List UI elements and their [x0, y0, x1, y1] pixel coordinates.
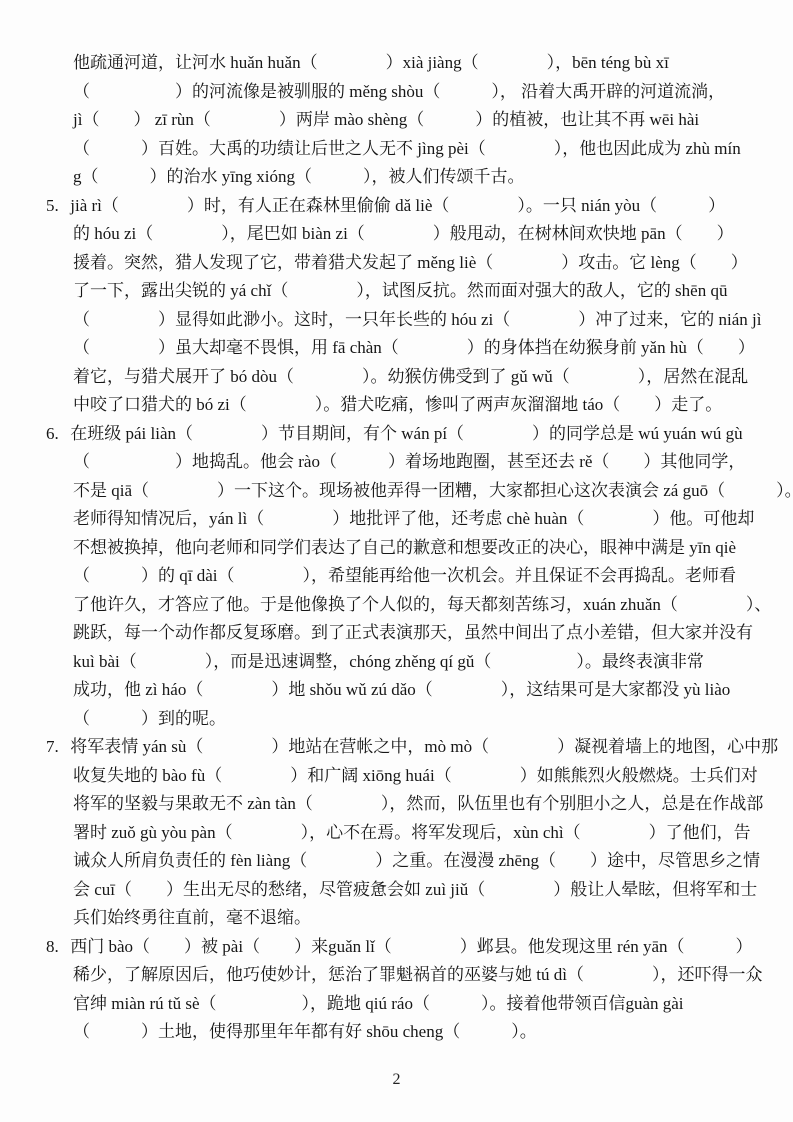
line-text: 在班级 pái liàn（ ）节目期间，有个 wán pí（ ）的同学总是 wú… — [66, 424, 743, 443]
text-line: 会 cuī（ ）生出无尽的愁绪，尽管疲惫会如 zuì jiǔ（ ）般让人晕眩，但… — [46, 876, 753, 905]
exercise-item: 8. 西门 bào（ ）被 pài（ ）来guǎn lǐ（ ）邺县。他发现这里 … — [46, 933, 753, 1047]
text-line: 着它，与猎犬展开了 bó dòu（ ）。幼猴仿佛受到了 gǔ wǔ（ ），居然在… — [46, 363, 753, 392]
text-line: 的 hóu zi（ ），尾巴如 biàn zi（ ）般甩动，在树林间欢快地 pā… — [46, 220, 753, 249]
exercise-item: 7. 将军表情 yán sù（ ）地站在营帐之中，mò mò（ ）凝视着墙上的地… — [46, 733, 753, 933]
item-number: 5. — [46, 192, 66, 221]
text-line: 6. 在班级 pái liàn（ ）节目期间，有个 wán pí（ ）的同学总是… — [46, 420, 753, 449]
text-line: jì（ ） zī rùn（ ）两岸 mào shèng（ ）的植被，也让其不再 … — [46, 106, 753, 135]
page-number: 2 — [0, 1066, 793, 1095]
text-line: 了他许久，才答应了他。于是他像换了个人似的，每天都刻苦练习，xuán zhuǎn… — [46, 591, 753, 620]
text-line: （ ）百姓。大禹的功绩让后世之人无不 jìng pèi（ ），他也因此成为 zh… — [46, 135, 753, 164]
worksheet-page: 他疏通河道，让河水 huǎn huǎn（ ）xià jiàng（ ），bēn t… — [0, 0, 793, 1122]
text-line: （ ）土地，使得那里年年都有好 shōu cheng（ ）。 — [46, 1018, 753, 1047]
text-line: 不是 qiā（ ）一下这个。现场被他弄得一团糟，大家都担心这次表演会 zá gu… — [46, 477, 753, 506]
text-line: 稀少，了解原因后，他巧使妙计，惩治了罪魁祸首的巫婆与她 tú dì（ ），还吓得… — [46, 961, 753, 990]
text-line: （ ）到的呢。 — [46, 705, 753, 734]
text-line: 了一下，露出尖锐的 yá chǐ（ ），试图反抗。然而面对强大的敌人，它的 sh… — [46, 277, 753, 306]
text-line: 兵们始终勇往直前，毫不退缩。 — [46, 904, 753, 933]
text-line: 署时 zuǒ gù yòu pàn（ ），心不在焉。将军发现后，xùn chì（… — [46, 819, 753, 848]
text-line: 收复失地的 bào fù（ ）和广阔 xiōng huái（ ）如熊熊烈火般燃烧… — [46, 762, 753, 791]
exercise-item: 5. jià rì（ ）时，有人正在森林里偷偷 dǎ liè（ ）。一只 niá… — [46, 192, 753, 420]
text-line: g（ ）的治水 yīng xióng（ ），被人们传颂千古。 — [46, 163, 753, 192]
item-number: 6. — [46, 420, 66, 449]
text-line: 官绅 miàn rú tǔ sè（ ），跪地 qiú ráo（ ）。接着他带领百… — [46, 990, 753, 1019]
text-line: 中咬了口猎犬的 bó zi（ ）。猎犬吃痛，惨叫了两声灰溜溜地 táo（ ）走了… — [46, 391, 753, 420]
text-line: 7. 将军表情 yán sù（ ）地站在营帐之中，mò mò（ ）凝视着墙上的地… — [46, 733, 753, 762]
text-line: kuì bài（ ），而是迅速调整，chóng zhěng qí gǔ（ ）。最… — [46, 648, 753, 677]
text-line: 成功，他 zì háo（ ）地 shǒu wǔ zú dǎo（ ），这结果可是大… — [46, 676, 753, 705]
text-line: 他疏通河道，让河水 huǎn huǎn（ ）xià jiàng（ ），bēn t… — [46, 49, 753, 78]
exercise-item: 6. 在班级 pái liàn（ ）节目期间，有个 wán pí（ ）的同学总是… — [46, 420, 753, 734]
text-line: （ ）显得如此渺小。这时，一只年长些的 hóu zi（ ）冲了过来，它的 niá… — [46, 306, 753, 335]
text-line: 5. jià rì（ ）时，有人正在森林里偷偷 dǎ liè（ ）。一只 niá… — [46, 192, 753, 221]
text-line: 跳跃，每一个动作都反复琢磨。到了正式表演那天，虽然中间出了点小差错，但大家并没有 — [46, 619, 753, 648]
line-text: jià rì（ ）时，有人正在森林里偷偷 dǎ liè（ ）。一只 nián y… — [66, 196, 725, 215]
text-line: 8. 西门 bào（ ）被 pài（ ）来guǎn lǐ（ ）邺县。他发现这里 … — [46, 933, 753, 962]
text-line: （ ）地捣乱。他会 rào（ ）着场地跑圈，甚至还去 rě（ ）其他同学， — [46, 448, 753, 477]
text-line: 老师得知情况后，yán lì（ ）地批评了他，还考虑 chè huàn（ ）他。… — [46, 505, 753, 534]
text-line: 将军的坚毅与果敢无不 zàn tàn（ ），然而，队伍里也有个别胆小之人，总是在… — [46, 790, 753, 819]
exercise-content: 他疏通河道，让河水 huǎn huǎn（ ）xià jiàng（ ），bēn t… — [46, 49, 753, 1047]
text-line: 不想被换掉，他向老师和同学们表达了自己的歉意和想要改正的决心，眼神中满是 yīn… — [46, 534, 753, 563]
text-line: 诫众人所肩负责任的 fèn liàng（ ）之重。在漫漫 zhēng（ ）途中，… — [46, 847, 753, 876]
text-line: 援着。突然，猎人发现了它，带着猎犬发起了 měng liè（ ）攻击。它 lèn… — [46, 249, 753, 278]
item-number: 7. — [46, 733, 66, 762]
text-line: （ ）虽大却毫不畏惧，用 fā chàn（ ）的身体挡在幼猴身前 yǎn hù（… — [46, 334, 753, 363]
line-text: 西门 bào（ ）被 pài（ ）来guǎn lǐ（ ）邺县。他发现这里 rén… — [66, 937, 753, 956]
text-line: （ ）的河流像是被驯服的 měng shòu（ ）， 沿着大禹开辟的河道流淌， — [46, 78, 753, 107]
line-text: 将军表情 yán sù（ ）地站在营帐之中，mò mò（ ）凝视着墙上的地图，心… — [66, 737, 778, 756]
text-line: （ ）的 qī dài（ ），希望能再给他一次机会。并且保证不会再捣乱。老师看 — [46, 562, 753, 591]
item-number: 8. — [46, 933, 66, 962]
exercise-item: 他疏通河道，让河水 huǎn huǎn（ ）xià jiàng（ ），bēn t… — [46, 49, 753, 192]
